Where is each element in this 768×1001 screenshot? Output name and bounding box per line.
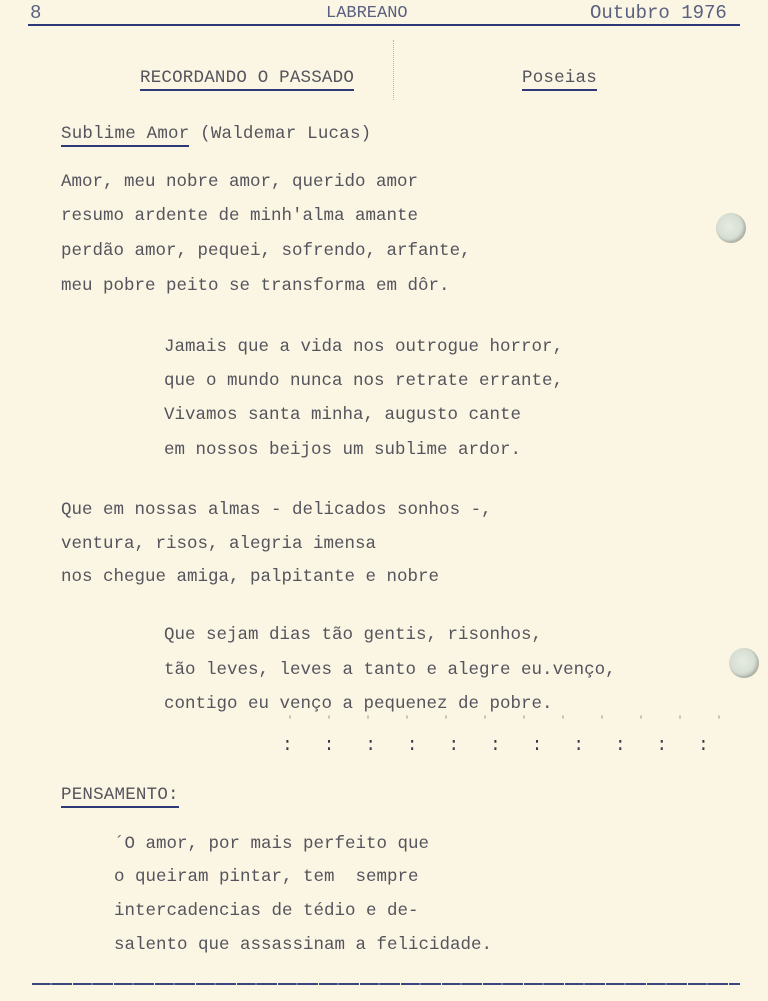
section-category: Poseias [522,68,597,88]
poem-heading: Sublime Amor (Waldemar Lucas) [61,124,371,144]
poem-title: Sublime Amor [61,124,189,147]
poem-line: ventura, risos, alegria imensa [61,534,376,554]
poem-line: contigo eu venço a pequenez de pobre. [164,694,553,714]
thought-line: salento que assassinam a felicidade. [114,935,492,955]
publication-name: LABREANO [326,4,408,23]
poem-author: (Waldemar Lucas) [200,124,371,144]
poem-line: Que sejam dias tão gentis, risonhos, [164,625,542,645]
section-title-text: RECORDANDO O PASSADO [140,68,354,91]
thought-line: intercadencias de tédio e de- [114,901,419,921]
poem-line: nos chegue amiga, palpitante e nobre [61,567,439,587]
fold-mark [393,40,395,100]
poem-line: Jamais que a vida nos outrogue horror, [164,337,563,357]
separator-ticks: ' ' ' ' ' ' ' ' ' ' ' ' [287,716,736,727]
poem-line: resumo ardente de minh'alma amante [61,206,418,226]
thought-line: o queiram pintar, tem sempre [114,867,419,887]
footer-rule [32,983,740,985]
thought-heading-text: PENSAMENTO: [61,785,179,808]
thought-heading: PENSAMENTO: [61,785,179,805]
poem-line: em nossos beijos um sublime ardor. [164,440,521,460]
punch-hole-bottom [729,648,759,678]
poem-line: que o mundo nunca nos retrate errante, [164,371,563,391]
poem-line: Vivamos santa minha, augusto cante [164,405,521,425]
poem-line: tão leves, leves a tanto e alegre eu.ven… [164,660,616,680]
section-title: RECORDANDO O PASSADO [140,68,354,88]
section-category-text: Poseias [522,68,597,91]
poem-line: Que em nossas almas - delicados sonhos -… [61,500,492,520]
header-rule [28,24,740,26]
punch-hole-top [716,213,746,243]
poem-line: perdão amor, pequei, sofrendo, arfante, [61,241,471,261]
thought-line: ´O amor, por mais perfeito que [114,834,429,854]
poem-line: Amor, meu nobre amor, querido amor [61,172,418,192]
separator-colons: : : : : : : : : : : : [282,736,719,756]
issue-date: Outubro 1976 [590,2,727,24]
poem-line: meu pobre peito se transforma em dôr. [61,276,450,296]
page-number: 8 [30,2,41,24]
